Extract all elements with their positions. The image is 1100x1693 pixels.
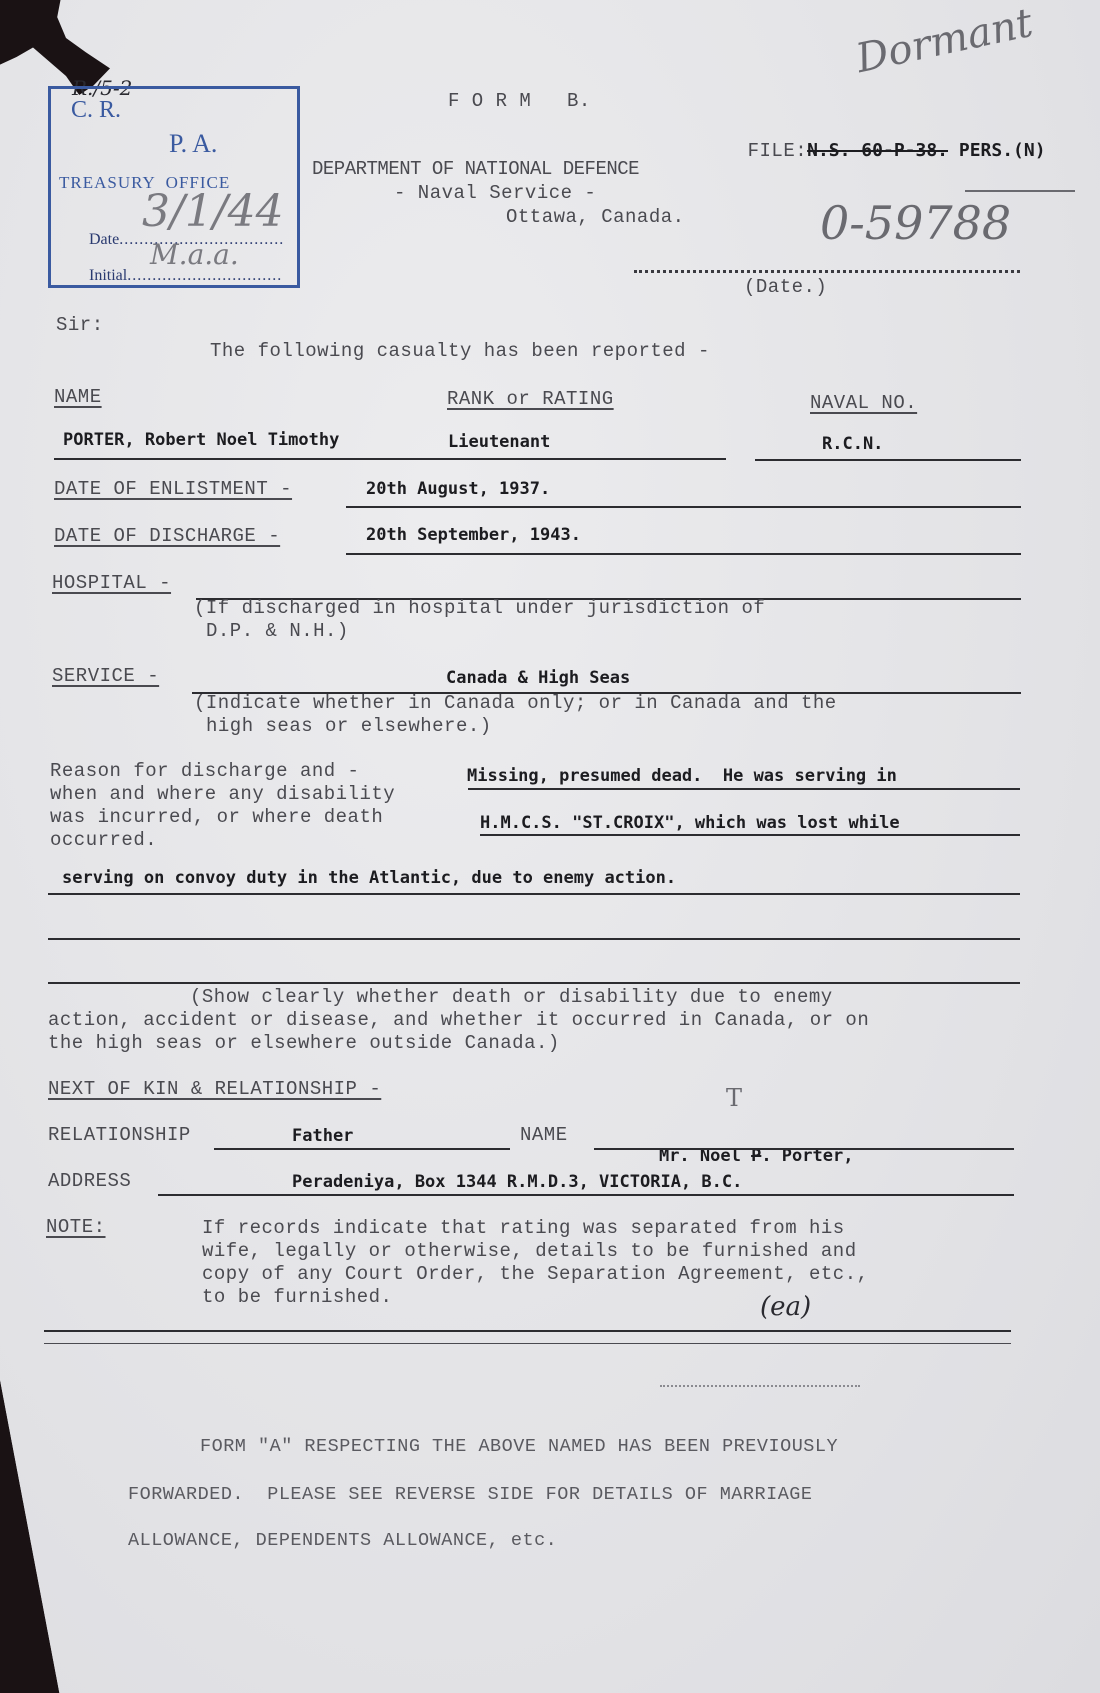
file-reference: FILE:N.S. 60-P-38. PERS.(N)	[700, 118, 1046, 184]
department-name: DEPARTMENT OF NATIONAL DEFENCE	[312, 158, 639, 180]
form-title: F O R M B.	[448, 90, 591, 112]
kin-name-line	[594, 1148, 1014, 1150]
reason-line2	[480, 834, 1020, 836]
reason-label-line1: Reason for discharge and -	[50, 760, 359, 782]
reason-value-line2: H.M.C.S. "ST.CROIX", which was lost whil…	[480, 813, 900, 833]
reason-value-line3: serving on convoy duty in the Atlantic, …	[62, 868, 676, 888]
enlistment-label: DATE OF ENLISTMENT -	[54, 478, 292, 500]
reason-line1	[468, 788, 1020, 790]
pencil-strike	[965, 190, 1075, 192]
intro-text: The following casualty has been reported…	[210, 340, 710, 362]
reason-label-line3: was incurred, or where death	[50, 806, 383, 828]
note-line3: copy of any Court Order, the Separation …	[202, 1263, 869, 1285]
discharge-date: 20th September, 1943.	[366, 525, 581, 545]
casualty-name: PORTER, Robert Noel Timothy	[63, 430, 339, 450]
address-label: ADDRESS	[48, 1170, 131, 1192]
address-value: Peradeniya, Box 1344 R.M.D.3, VICTORIA, …	[292, 1172, 742, 1192]
document-page: R./5-2 C. R. P. A. TREASURY OFFICE Date.…	[0, 0, 1100, 1693]
discharge-label: DATE OF DISCHARGE -	[54, 525, 280, 547]
reason-label-line4: occurred.	[50, 829, 157, 851]
reason-line4	[48, 938, 1020, 940]
footer-line1: FORM "A" RESPECTING THE ABOVE NAMED HAS …	[200, 1436, 838, 1457]
hospital-note-line1: (If discharged in hospital under jurisdi…	[194, 597, 765, 619]
faint-dots	[660, 1385, 860, 1387]
handwritten-dormant: Dormant	[852, 0, 1037, 82]
handwritten-file-number: 0-59788	[820, 196, 1011, 250]
relationship-line	[214, 1148, 510, 1150]
casualty-name-rank-line	[54, 458, 726, 460]
next-of-kin-label: NEXT OF KIN & RELATIONSHIP -	[48, 1078, 381, 1100]
reason-note-line2: action, accident or disease, and whether…	[48, 1009, 869, 1031]
reason-note-line3: the high seas or elsewhere outside Canad…	[48, 1032, 560, 1054]
address-line	[158, 1194, 1014, 1196]
reason-label-line2: when and where any disability	[50, 783, 395, 805]
stamp-line-pa: P. A.	[169, 129, 217, 159]
kin-name-label: NAME	[520, 1124, 568, 1146]
file-number: PERS.(N)	[948, 140, 1046, 161]
location: Ottawa, Canada.	[506, 206, 685, 228]
enlistment-line	[346, 506, 1021, 508]
service-note-line2: high seas or elsewhere.)	[206, 715, 492, 737]
stamp-line-cr: C. R.	[71, 97, 121, 124]
enlistment-date: 20th August, 1937.	[366, 479, 550, 499]
stamp-initial-label-text: Initial	[89, 267, 127, 284]
note-line1: If records indicate that rating was sepa…	[202, 1217, 845, 1239]
stamp-initial-value: M.a.a.	[150, 238, 239, 271]
file-number-struck: N.S. 60-P-38.	[807, 140, 948, 161]
note-line2: wife, legally or otherwise, details to b…	[202, 1240, 857, 1262]
service-name: - Naval Service -	[394, 182, 596, 204]
service-value: Canada & High Seas	[446, 668, 630, 688]
file-label: FILE:	[748, 140, 808, 162]
casualty-rank: Lieutenant	[448, 432, 550, 452]
hospital-label: HOSPITAL -	[52, 572, 171, 594]
salutation: Sir:	[56, 314, 104, 336]
note-separator-2	[44, 1343, 1011, 1344]
note-separator-1	[44, 1330, 1011, 1332]
note-line4: to be furnished.	[202, 1286, 392, 1308]
name-column-label: NAME	[54, 386, 102, 408]
rank-column-label: RANK or RATING	[447, 388, 614, 410]
service-note-line1: (Indicate whether in Canada only; or in …	[194, 692, 837, 714]
service-label: SERVICE -	[52, 665, 159, 687]
note-label: NOTE:	[46, 1216, 106, 1238]
footer-line2: FORWARDED. PLEASE SEE REVERSE SIDE FOR D…	[128, 1484, 813, 1505]
reason-line5	[48, 982, 1020, 984]
date-caption: (Date.)	[744, 276, 827, 298]
discharge-line	[346, 553, 1021, 555]
reason-line3	[48, 893, 1020, 895]
casualty-naval-no-line	[755, 459, 1021, 461]
footer-line3: ALLOWANCE, DEPENDENTS ALLOWANCE, etc.	[128, 1530, 557, 1551]
stamp-date-value: 3/1/44	[142, 186, 284, 237]
casualty-naval-no: R.C.N.	[822, 434, 883, 454]
hospital-note-line2: D.P. & N.H.)	[206, 620, 349, 642]
reason-note-line1: (Show clearly whether death or disabilit…	[190, 986, 833, 1008]
naval-no-column-label: NAVAL NO.	[810, 392, 917, 414]
note-initials: (ea)	[760, 1292, 811, 1322]
reason-value-line1: Missing, presumed dead. He was serving i…	[467, 766, 897, 786]
relationship-label: RELATIONSHIP	[48, 1124, 191, 1146]
date-dotted-line	[634, 270, 1020, 273]
stamp-date-label-text: Date	[89, 231, 119, 248]
relationship-value: Father	[292, 1126, 353, 1146]
kin-name-correction: T	[726, 1084, 742, 1112]
